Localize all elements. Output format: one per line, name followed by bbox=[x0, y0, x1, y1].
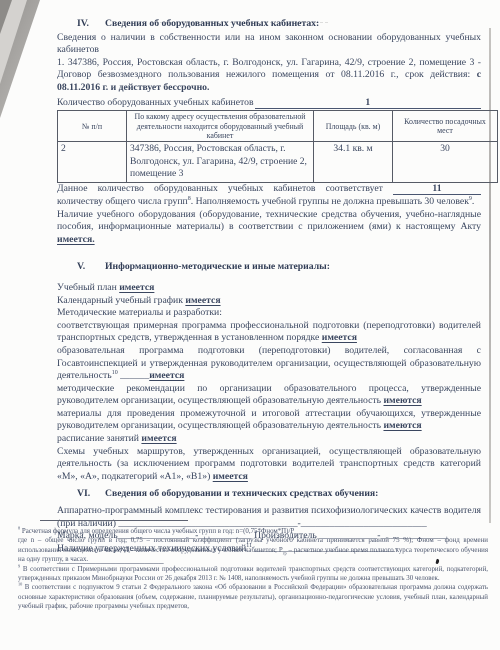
footnote-10: 10 В соответствии с подпунктом 9 статьи … bbox=[18, 583, 488, 611]
text-segment: . bbox=[472, 196, 474, 207]
line-sample-program: соответствующая примерная программа проф… bbox=[57, 320, 481, 345]
text-segment: Схемы учебных маршрутов, утвержденных ор… bbox=[57, 446, 481, 482]
line-class-schedule: расписание занятий имеется bbox=[57, 433, 481, 446]
line-methodical-materials: Методические материалы и разработки: bbox=[57, 307, 481, 320]
footnote-8-formula: 8 Расчетная формула для определения обще… bbox=[18, 527, 488, 536]
scanned-document-page: { "sections": { "iv": { "num": "IV.", "t… bbox=[0, 0, 500, 650]
section-title: Информационно-методические и иные матери… bbox=[105, 261, 330, 274]
cell-address: 347386, Россия, Ростовская область, г. В… bbox=[127, 142, 314, 183]
section-heading-iv: IV. Сведения об оборудованных учебных ка… bbox=[57, 18, 481, 31]
text-segment: количеству общего числа групп bbox=[57, 196, 188, 207]
text-segment: имеются bbox=[383, 420, 421, 431]
line-route-schemes: Схемы учебных маршрутов, утвержденных ор… bbox=[57, 446, 481, 484]
header-cell-seats: Количество посадочных мест bbox=[393, 111, 498, 142]
text-segment: . Наполняемость учебной группы не должна… bbox=[191, 196, 469, 207]
text-segment: имеется bbox=[149, 370, 184, 381]
paragraph-cabinet-count-match: Данное количество оборудованных учебных … bbox=[57, 183, 481, 208]
section-number: VI. bbox=[77, 488, 97, 501]
text-segment: Календарный учебный график bbox=[57, 295, 185, 306]
text-segment: Наличие учебного оборудования (оборудова… bbox=[57, 209, 481, 233]
cabinet-count-line: Количество оборудованных учебных кабинет… bbox=[57, 97, 481, 110]
line-methodical-recommendations: методические рекомендации по организации… bbox=[57, 383, 481, 408]
scan-corner-dark-triangle bbox=[0, 0, 42, 120]
text-segment: имеется bbox=[322, 332, 357, 343]
text-segment: имеется bbox=[213, 471, 248, 482]
section-title: Сведения об оборудованных учебных кабине… bbox=[105, 18, 319, 31]
table-row: 2 347386, Россия, Ростовская область, г.… bbox=[58, 142, 498, 183]
footnotes-block: 8 Расчетная формула для определения обще… bbox=[18, 527, 488, 612]
text-segment: Данное количество оборудованных учебных … bbox=[57, 183, 393, 194]
section-heading-v: V. Информационно-методические и иные мат… bbox=[57, 261, 481, 274]
section-number: V. bbox=[77, 261, 97, 274]
cell-area: 34.1 кв. м bbox=[314, 142, 393, 183]
section-title: Сведения об оборудовании и технических с… bbox=[105, 488, 378, 501]
cell-seats: 30 bbox=[393, 142, 498, 183]
scan-corner-shadow bbox=[0, 0, 42, 120]
footnote-9: 9 В соответствии с Примерными программам… bbox=[18, 565, 488, 584]
text-segment: Аппаратно-программный комплекс тестирова… bbox=[57, 505, 481, 529]
text-segment: Учебный план bbox=[57, 282, 119, 293]
footnote-8-explanation: где n – общее число групп в год; 0,75 – … bbox=[18, 536, 488, 564]
text-segment: имеется bbox=[185, 295, 220, 306]
text-segment: Методические материалы и разработки: bbox=[57, 307, 222, 318]
scan-corner-edge-triangle bbox=[0, 0, 14, 38]
section-heading-vi: VI. Сведения об оборудовании и техническ… bbox=[57, 488, 481, 501]
text-segment: В соответствии с Примерными программами … bbox=[18, 566, 488, 582]
cabinets-table: № п/п По какому адресу осуществления обр… bbox=[57, 110, 498, 183]
text-segment: 11 bbox=[393, 184, 481, 195]
header-cell-address: По какому адресу осуществления образоват… bbox=[127, 111, 314, 142]
cabinet-count-label: Количество оборудованных учебных кабинет… bbox=[57, 97, 254, 110]
document-body: IV. Сведения об оборудованных учебных ка… bbox=[57, 13, 481, 568]
text-segment: расписание занятий bbox=[57, 433, 141, 444]
cell-number: 2 bbox=[58, 142, 127, 183]
cabinet-count-value: 1 bbox=[255, 97, 481, 110]
line-attestation-materials: материалы для проведения промежуточной и… bbox=[57, 408, 481, 433]
section-number: IV. bbox=[77, 18, 97, 31]
text-segment: 1. 347386, Россия, Ростовская область, г… bbox=[57, 57, 481, 81]
paragraph-ownership-info: Сведения о наличии в собственности или н… bbox=[57, 32, 481, 57]
paragraph-address-contract: 1. 347386, Россия, Ростовская область, г… bbox=[57, 57, 481, 95]
text-segment: имеется bbox=[119, 282, 154, 293]
text-segment: Сведения о наличии в собственности или н… bbox=[57, 32, 481, 56]
scan-corner-light-triangle bbox=[0, 0, 30, 92]
footnote-separator bbox=[40, 520, 188, 521]
text-segment: имеется bbox=[141, 433, 176, 444]
text-segment: ______ bbox=[118, 370, 149, 381]
line-calendar-schedule: Календарный учебный график имеется bbox=[57, 295, 481, 308]
text-segment: Расчетная формула для определения общего… bbox=[20, 528, 294, 535]
header-cell-number: № п/п bbox=[58, 111, 127, 142]
text-segment: имеются bbox=[383, 395, 421, 406]
scan-right-edge-line bbox=[489, 28, 491, 523]
text-segment: имеется. bbox=[57, 234, 95, 245]
header-cell-area: Площадь (кв. м) bbox=[314, 111, 393, 142]
text-segment: В соответствии с подпунктом 9 статьи 2 Ф… bbox=[18, 584, 488, 610]
line-educational-program: образовательная программа подготовки (пе… bbox=[57, 345, 481, 383]
paragraph-equipment-availability: Наличие учебного оборудования (оборудова… bbox=[57, 209, 481, 247]
text-segment: соответствующая примерная программа проф… bbox=[57, 320, 481, 344]
line-curriculum: Учебный план имеется bbox=[57, 282, 481, 295]
table-header-row: № п/п По какому адресу осуществления обр… bbox=[58, 111, 498, 142]
